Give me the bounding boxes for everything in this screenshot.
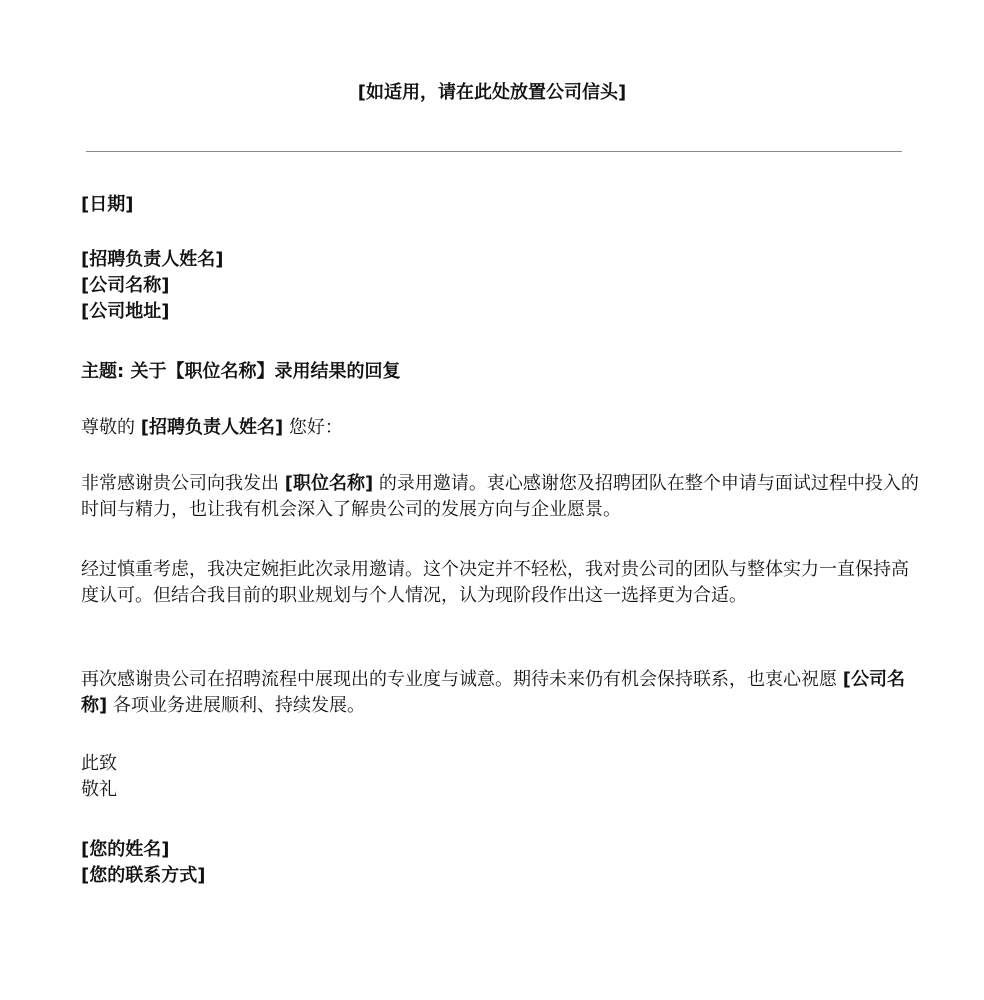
closing-block: 此致 敬礼 [81,751,117,803]
recipient-block: [招聘负责人姓名] [公司名称] [公司地址] [81,247,223,325]
signature-contact: [您的联系方式] [81,863,205,889]
salutation-prefix: 尊敬的 [81,417,141,438]
recipient-company: [公司名称] [81,273,223,299]
salutation: 尊敬的 [招聘负责人姓名] 您好： [81,415,343,441]
closing-line-1: 此致 [81,751,117,777]
salutation-name: [招聘负责人姓名] [141,417,283,438]
signature-block: [您的姓名] [您的联系方式] [81,837,205,889]
letterhead-placeholder: [如适用，请在此处放置公司信头] [0,80,984,106]
position-placeholder: [职位名称] [285,473,373,494]
subject-line: 主题: 关于【职位名称】录用结果的回复 [81,359,400,385]
paragraph-decline: 经过慎重考虑，我决定婉拒此次录用邀请。这个决定并不轻松，我对贵公司的团队与整体实… [81,557,921,609]
paragraph-thanks: 非常感谢贵公司向我发出 [职位名称] 的录用邀请。衷心感谢您及招聘团队在整个申请… [81,471,921,523]
closing-line-2: 敬礼 [81,777,117,803]
salutation-suffix: 您好： [283,417,343,438]
date-placeholder: [日期] [81,192,133,218]
paragraph-text: 非常感谢贵公司向我发出 [81,473,285,494]
recipient-name: [招聘负责人姓名] [81,247,223,273]
header-divider [86,151,902,152]
signature-name: [您的姓名] [81,837,205,863]
recipient-address: [公司地址] [81,299,223,325]
paragraph-text: 各项业务进展顺利、持续发展。 [107,695,365,716]
paragraph-closing-wishes: 再次感谢贵公司在招聘流程中展现出的专业度与诚意。期待未来仍有机会保持联系，也衷心… [81,667,921,719]
paragraph-text: 再次感谢贵公司在招聘流程中展现出的专业度与诚意。期待未来仍有机会保持联系，也衷心… [81,669,843,690]
